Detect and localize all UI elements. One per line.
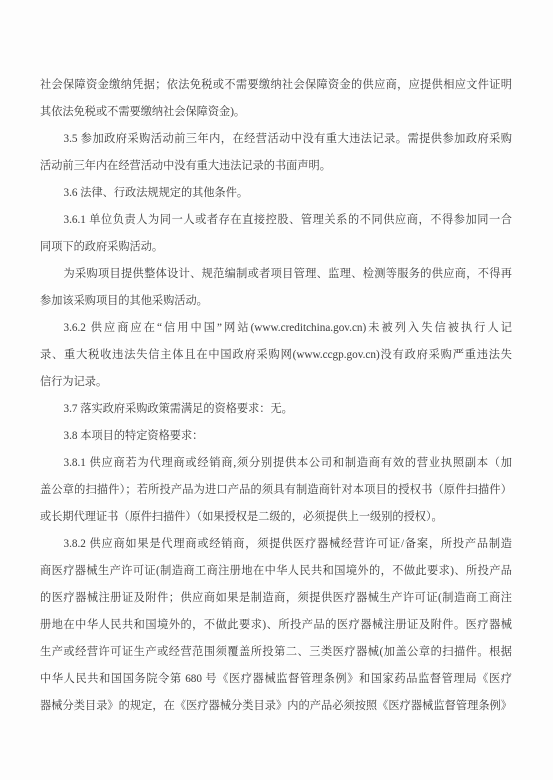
text-line: 活动前三年内在经营活动中没有重大违法记录的书面声明。 [40, 153, 512, 180]
text-line: 3.7 落实政府采购政策需满足的资格要求：无。 [40, 396, 512, 423]
text-line: 生产或经营许可证生产或经营范围须覆盖所投第二、三类医疗器械(加盖公章的扫描件。根… [40, 639, 512, 666]
text-line: 社会保障资金缴纳凭据；依法免税或不需要缴纳社会保障资金的供应商，应提供相应文件证… [40, 72, 512, 99]
text-line: 器械分类目录》的规定，在《医疗器械分类目录》内的产品必须按照《医疗器械监督管理条… [40, 693, 512, 720]
text-line: 为采购项目提供整体设计、规范编制或者项目管理、监理、检测等服务的供应商，不得再 [40, 261, 512, 288]
text-line: 参加该采购项目的其他采购活动。 [40, 288, 512, 315]
text-line: 3.5 参加政府采购活动前三年内，在经营活动中没有重大违法记录。需提供参加政府采… [40, 126, 512, 153]
text-line: 的医疗器械注册证及附件；供应商如果是制造商，须提供医疗器械生产许可证(制造商工商… [40, 585, 512, 612]
text-line: 3.8.1 供应商若为代理商或经销商,须分别提供本公司和制造商有效的营业执照副本… [40, 450, 512, 477]
document-page: 社会保障资金缴纳凭据；依法免税或不需要缴纳社会保障资金的供应商，应提供相应文件证… [0, 0, 553, 780]
text-line: 盖公章的扫描件）；若所投产品为进口产品的须具有制造商针对本项目的授权书（原件扫描… [40, 477, 512, 504]
text-line: 3.6 法律、行政法规规定的其他条件。 [40, 180, 512, 207]
text-line: 3.8.2 供应商如果是代理商或经销商，须提供医疗器械经营许可证/备案，所投产品… [40, 531, 512, 558]
text-line: 同项下的政府采购活动。 [40, 234, 512, 261]
text-line: 3.8 本项目的特定资格要求： [40, 423, 512, 450]
text-line: 或长期代理证书（原件扫描件）（如果授权是二级的，必须提供上一级别的授权）。 [40, 504, 512, 531]
text-line: 中华人民共和国国务院令第 680 号《医疗器械监督管理条例》和国家药品监督管理局… [40, 666, 512, 693]
text-line: 3.6.2 供应商应在“信用中国”网站(www.creditchina.gov.… [40, 315, 512, 342]
text-line: 册地在中华人民共和国境外的，不做此要求)、所投产品的医疗器械注册证及附件。医疗器… [40, 612, 512, 639]
text-line: 录、重大税收违法失信主体且在中国政府采购网(www.ccgp.gov.cn)没有… [40, 342, 512, 369]
text-line: 商医疗器械生产许可证(制造商工商注册地在中华人民共和国境外的，不做此要求)、所投… [40, 558, 512, 585]
text-line: 其依法免税或不需要缴纳社会保障资金)。 [40, 99, 512, 126]
text-line: 3.6.1 单位负责人为同一人或者存在直接控股、管理关系的不同供应商，不得参加同… [40, 207, 512, 234]
text-line: 信行为记录。 [40, 369, 512, 396]
